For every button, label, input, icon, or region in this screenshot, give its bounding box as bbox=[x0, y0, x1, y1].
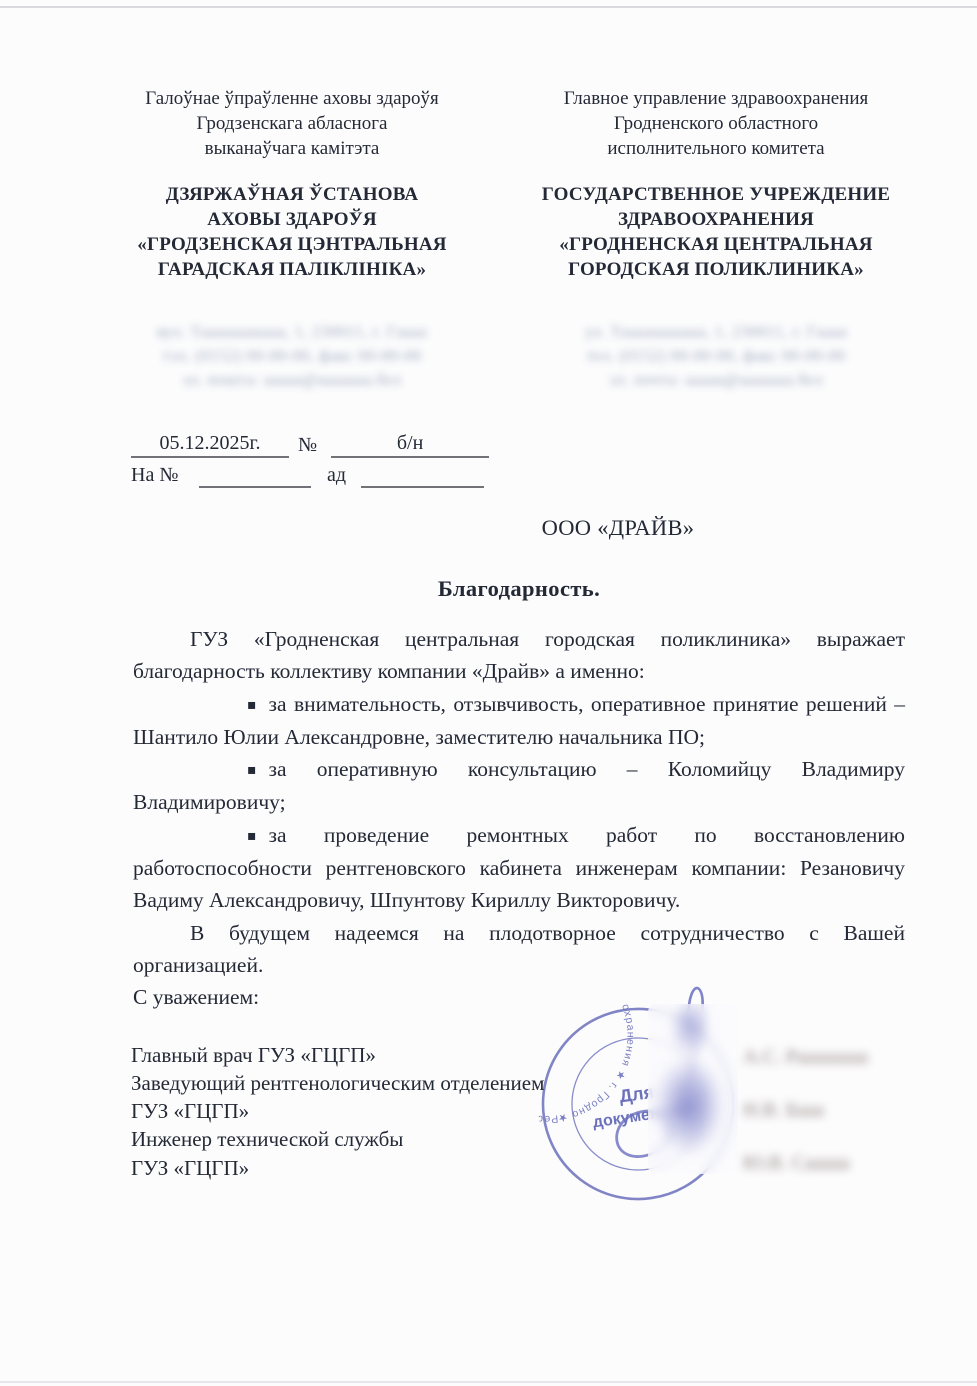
scanned-letter-page: Галоўнае ўпраўленне аховы здароўя Гродзе… bbox=[0, 0, 977, 1386]
authority-line: Главное управление здравоохранения bbox=[523, 86, 909, 111]
scan-edge-top bbox=[0, 6, 977, 8]
document-body: ГУЗ «Гродненская центральная городская п… bbox=[133, 623, 905, 1014]
redacted-contact-line: тел. (0152) 00-00-00, факс 00-00-00 bbox=[523, 344, 909, 368]
document-number: б/н bbox=[331, 431, 489, 458]
reply-number-blank bbox=[199, 464, 311, 488]
letterhead: Галоўнае ўпраўленне аховы здароўя Гродзе… bbox=[94, 86, 909, 392]
reply-to-label: На № bbox=[131, 463, 191, 488]
organization-name: ГОСУДАРСТВЕННОЕ УЧРЕЖДЕНИЕ ЗДРАВООХРАНЕН… bbox=[523, 182, 909, 282]
redacted-contact-line: эл. пошта: ааааа@ааааааа.бел bbox=[94, 368, 490, 392]
redacted-signature-name: Н.В. Бааа bbox=[743, 1098, 868, 1122]
redaction-blur-patch bbox=[648, 1004, 738, 1174]
reference-block: 05.12.2025г. № б/н На № ад bbox=[131, 431, 977, 488]
paragraph-intro: ГУЗ «Гродненская центральная городская п… bbox=[133, 623, 905, 688]
redacted-signature-name: Ю.В. Сааааа bbox=[743, 1151, 868, 1175]
square-bullet-icon: ▪ bbox=[190, 754, 257, 786]
signature-names-redacted: А.С. Раааааааа Н.В. Бааа Ю.В. Сааааа bbox=[743, 1045, 868, 1204]
reply-from-label: ад bbox=[327, 463, 346, 488]
reference-row-reply: На № ад bbox=[131, 463, 977, 488]
blurred-signature-smear bbox=[670, 1004, 710, 1058]
scan-edge-bottom bbox=[0, 1381, 977, 1383]
redacted-contact-line: тэл. (0152) 00-00-00, факс 00-00-00 bbox=[94, 344, 490, 368]
square-bullet-icon: ▪ bbox=[190, 820, 257, 852]
addressee: ООО «ДРАЙВ» bbox=[388, 515, 848, 541]
redacted-signature-name: А.С. Раааааааа bbox=[743, 1045, 868, 1069]
number-sign: № bbox=[298, 433, 317, 458]
square-bullet-icon: ▪ bbox=[190, 689, 257, 721]
organization-name-line: ЗДРАВООХРАНЕНИЯ bbox=[523, 207, 909, 232]
reply-date-blank bbox=[361, 464, 484, 488]
paragraph-outro: В будущем надеемся на плодотворное сотру… bbox=[133, 917, 905, 982]
signature-area: Главный врач ГУЗ «ГЦГП» Заведующий рентг… bbox=[131, 1041, 905, 1341]
bullet-item: ▪за проведение ремонтных работ по восста… bbox=[133, 819, 905, 917]
reference-row-date: 05.12.2025г. № б/н bbox=[131, 431, 977, 458]
contacts-block-redacted: ул. Тааааааааааа, 1, 230011, г. Гаааа те… bbox=[523, 320, 909, 392]
organization-name-line: «ГРОДЗЕНСКАЯ ЦЭНТРАЛЬНАЯ bbox=[94, 232, 490, 257]
bullet-item: ▪за оперативную консультацию – Коломийцу… bbox=[133, 753, 905, 819]
organization-name-line: «ГРОДНЕНСКАЯ ЦЕНТРАЛЬНАЯ bbox=[523, 232, 909, 257]
redacted-contact-line: эл. почта: ааааа@ааааааа.бел bbox=[523, 368, 909, 392]
organization-name-line: ДЗЯРЖАЎНАЯ ЎСТАНОВА bbox=[94, 182, 490, 207]
authority-line: Галоўнае ўпраўленне аховы здароўя bbox=[94, 86, 490, 111]
redacted-contact-line: ул. Тааааааааааа, 1, 230011, г. Гаааа bbox=[523, 320, 909, 344]
authority-line: Гродненского областного bbox=[523, 111, 909, 136]
organization-name-line: ГОСУДАРСТВЕННОЕ УЧРЕЖДЕНИЕ bbox=[523, 182, 909, 207]
organization-name-line: АХОВЫ ЗДАРОЎЯ bbox=[94, 207, 490, 232]
letterhead-russian: Главное управление здравоохранения Гродн… bbox=[523, 86, 909, 392]
authority-line: исполнительного комитета bbox=[523, 136, 909, 161]
document-date: 05.12.2025г. bbox=[131, 431, 289, 458]
organization-name-line: ГАРАДСКАЯ ПАЛІКЛІНІКА» bbox=[94, 257, 490, 282]
organization-name: ДЗЯРЖАЎНАЯ ЎСТАНОВА АХОВЫ ЗДАРОЎЯ «ГРОДЗ… bbox=[94, 182, 490, 282]
letterhead-belarusian: Галоўнае ўпраўленне аховы здароўя Гродзе… bbox=[94, 86, 490, 392]
bullet-item: ▪за внимательность, отзывчивость, операт… bbox=[133, 688, 905, 754]
document-title: Благодарность. bbox=[133, 576, 905, 602]
authority-line: Гродзенскага абласнога bbox=[94, 111, 490, 136]
contacts-block-redacted: вул. Тааааааааааа, 1, 230011, г. Гаааа т… bbox=[94, 320, 490, 392]
authority-line: выканаўчага камітэта bbox=[94, 136, 490, 161]
closing-line: С уважением: bbox=[133, 981, 905, 1013]
organization-name-line: ГОРОДСКАЯ ПОЛИКЛИНИКА» bbox=[523, 257, 909, 282]
blurred-signature-smear bbox=[654, 1056, 724, 1156]
redacted-contact-line: вул. Тааааааааааа, 1, 230011, г. Гаааа bbox=[94, 320, 490, 344]
